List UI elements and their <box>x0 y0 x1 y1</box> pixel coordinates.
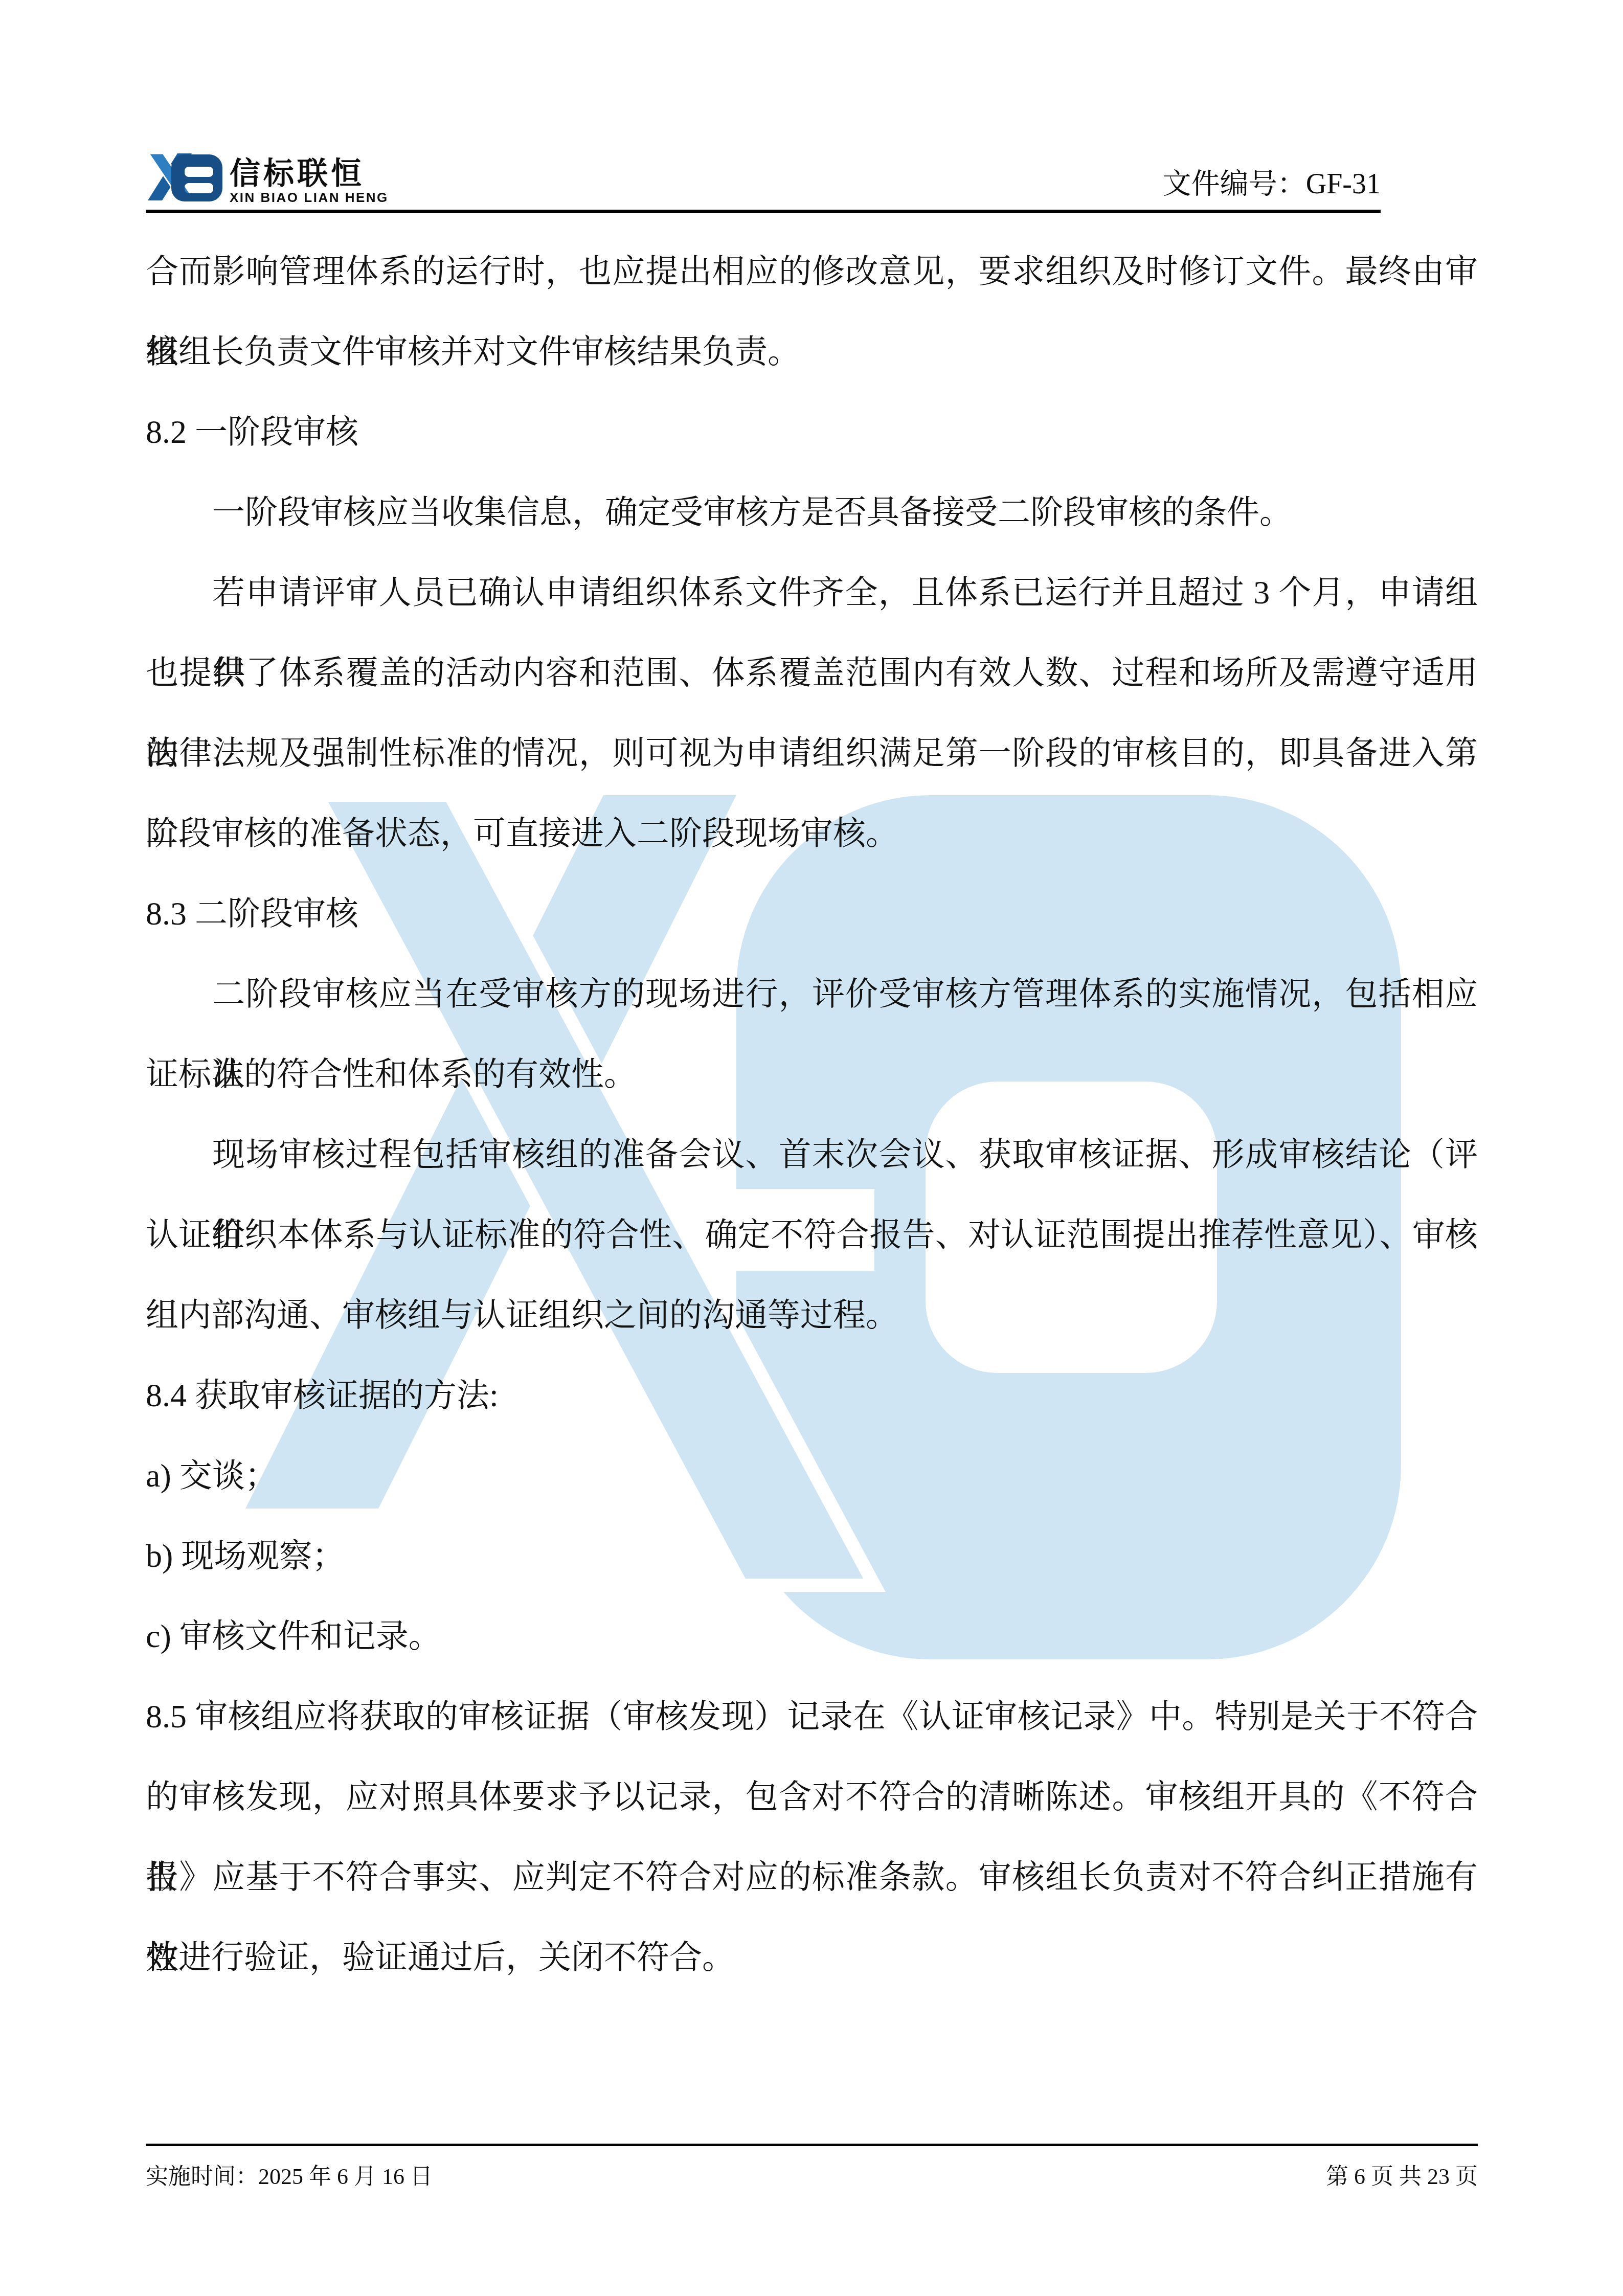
document-body: 合而影响管理体系的运行时，也应提出相应的修改意见，要求组织及时修订文件。最终由审… <box>146 231 1478 1997</box>
section-heading-8-5: 8.5 审核组应将获取的审核证据（审核发现）记录在《认证审核记录》中。特别是关于… <box>146 1676 1478 1757</box>
section-heading-8-2: 8.2 一阶段审核 <box>146 392 1478 472</box>
body-line: 性进行验证，验证通过后，关闭不符合。 <box>146 1917 1478 1997</box>
list-item-b: b) 现场观察； <box>146 1516 1478 1596</box>
body-line: 法律法规及强制性标准的情况，则可视为申请组织满足第一阶段的审核目的，即具备进入第… <box>146 713 1478 793</box>
body-line: 二阶段审核应当在受审核方的现场进行，评价受审核方管理体系的实施情况，包括相应认 <box>146 954 1478 1034</box>
body-line: 一阶段审核应当收集信息，确定受审核方是否具备接受二阶段审核的条件。 <box>146 472 1478 552</box>
section-heading-8-3: 8.3 二阶段审核 <box>146 873 1478 954</box>
body-line: 也提供了体系覆盖的活动内容和范围、体系覆盖范围内有效人数、过程和场所及需遵守适用… <box>146 633 1478 713</box>
page-number: 第 6 页 共 23 页 <box>1326 2154 1478 2200</box>
body-line: 现场审核过程包括审核组的准备会议、首末次会议、获取审核证据、形成审核结论（评价 <box>146 1114 1478 1195</box>
body-line: 合而影响管理体系的运行时，也应提出相应的修改意见，要求组织及时修订文件。最终由审… <box>146 231 1478 311</box>
list-item-c: c) 审核文件和记录。 <box>146 1596 1478 1676</box>
page-footer: 实施时间：2025 年 6 月 16 日 第 6 页 共 23 页 <box>146 2154 1478 2200</box>
body-line: 若申请评审人员已确认申请组织体系文件齐全，且体系已运行并且超过 3 个月，申请组… <box>146 552 1478 633</box>
body-line: 证标准的符合性和体系的有效性。 <box>146 1034 1478 1114</box>
body-line: 告》应基于不符合事实、应判定不符合对应的标准条款。审核组长负责对不符合纠正措施有… <box>146 1837 1478 1917</box>
body-line: 阶段审核的准备状态，可直接进入二阶段现场审核。 <box>146 793 1478 873</box>
body-line: 组组长负责文件审核并对文件审核结果负责。 <box>146 311 1478 392</box>
body-line: 认证组织本体系与认证标准的符合性、确定不符合报告、对认证范围提出推荐性意见）、审… <box>146 1195 1478 1275</box>
doc-number: 文件编号：GF-31 <box>146 166 1381 202</box>
implementation-date: 实施时间：2025 年 6 月 16 日 <box>146 2154 433 2200</box>
document-page: { "page": { "header": { "logo": { "monog… <box>0 0 1623 2296</box>
body-line: 的审核发现，应对照具体要求予以记录，包含对不符合的清晰陈述。审核组开具的《不符合… <box>146 1757 1478 1837</box>
header-rule <box>146 210 1381 213</box>
body-line: 组内部沟通、审核组与认证组织之间的沟通等过程。 <box>146 1275 1478 1355</box>
footer-rule <box>146 2144 1478 2146</box>
section-heading-8-4: 8.4 获取审核证据的方法: <box>146 1355 1478 1435</box>
list-item-a: a) 交谈； <box>146 1435 1478 1516</box>
